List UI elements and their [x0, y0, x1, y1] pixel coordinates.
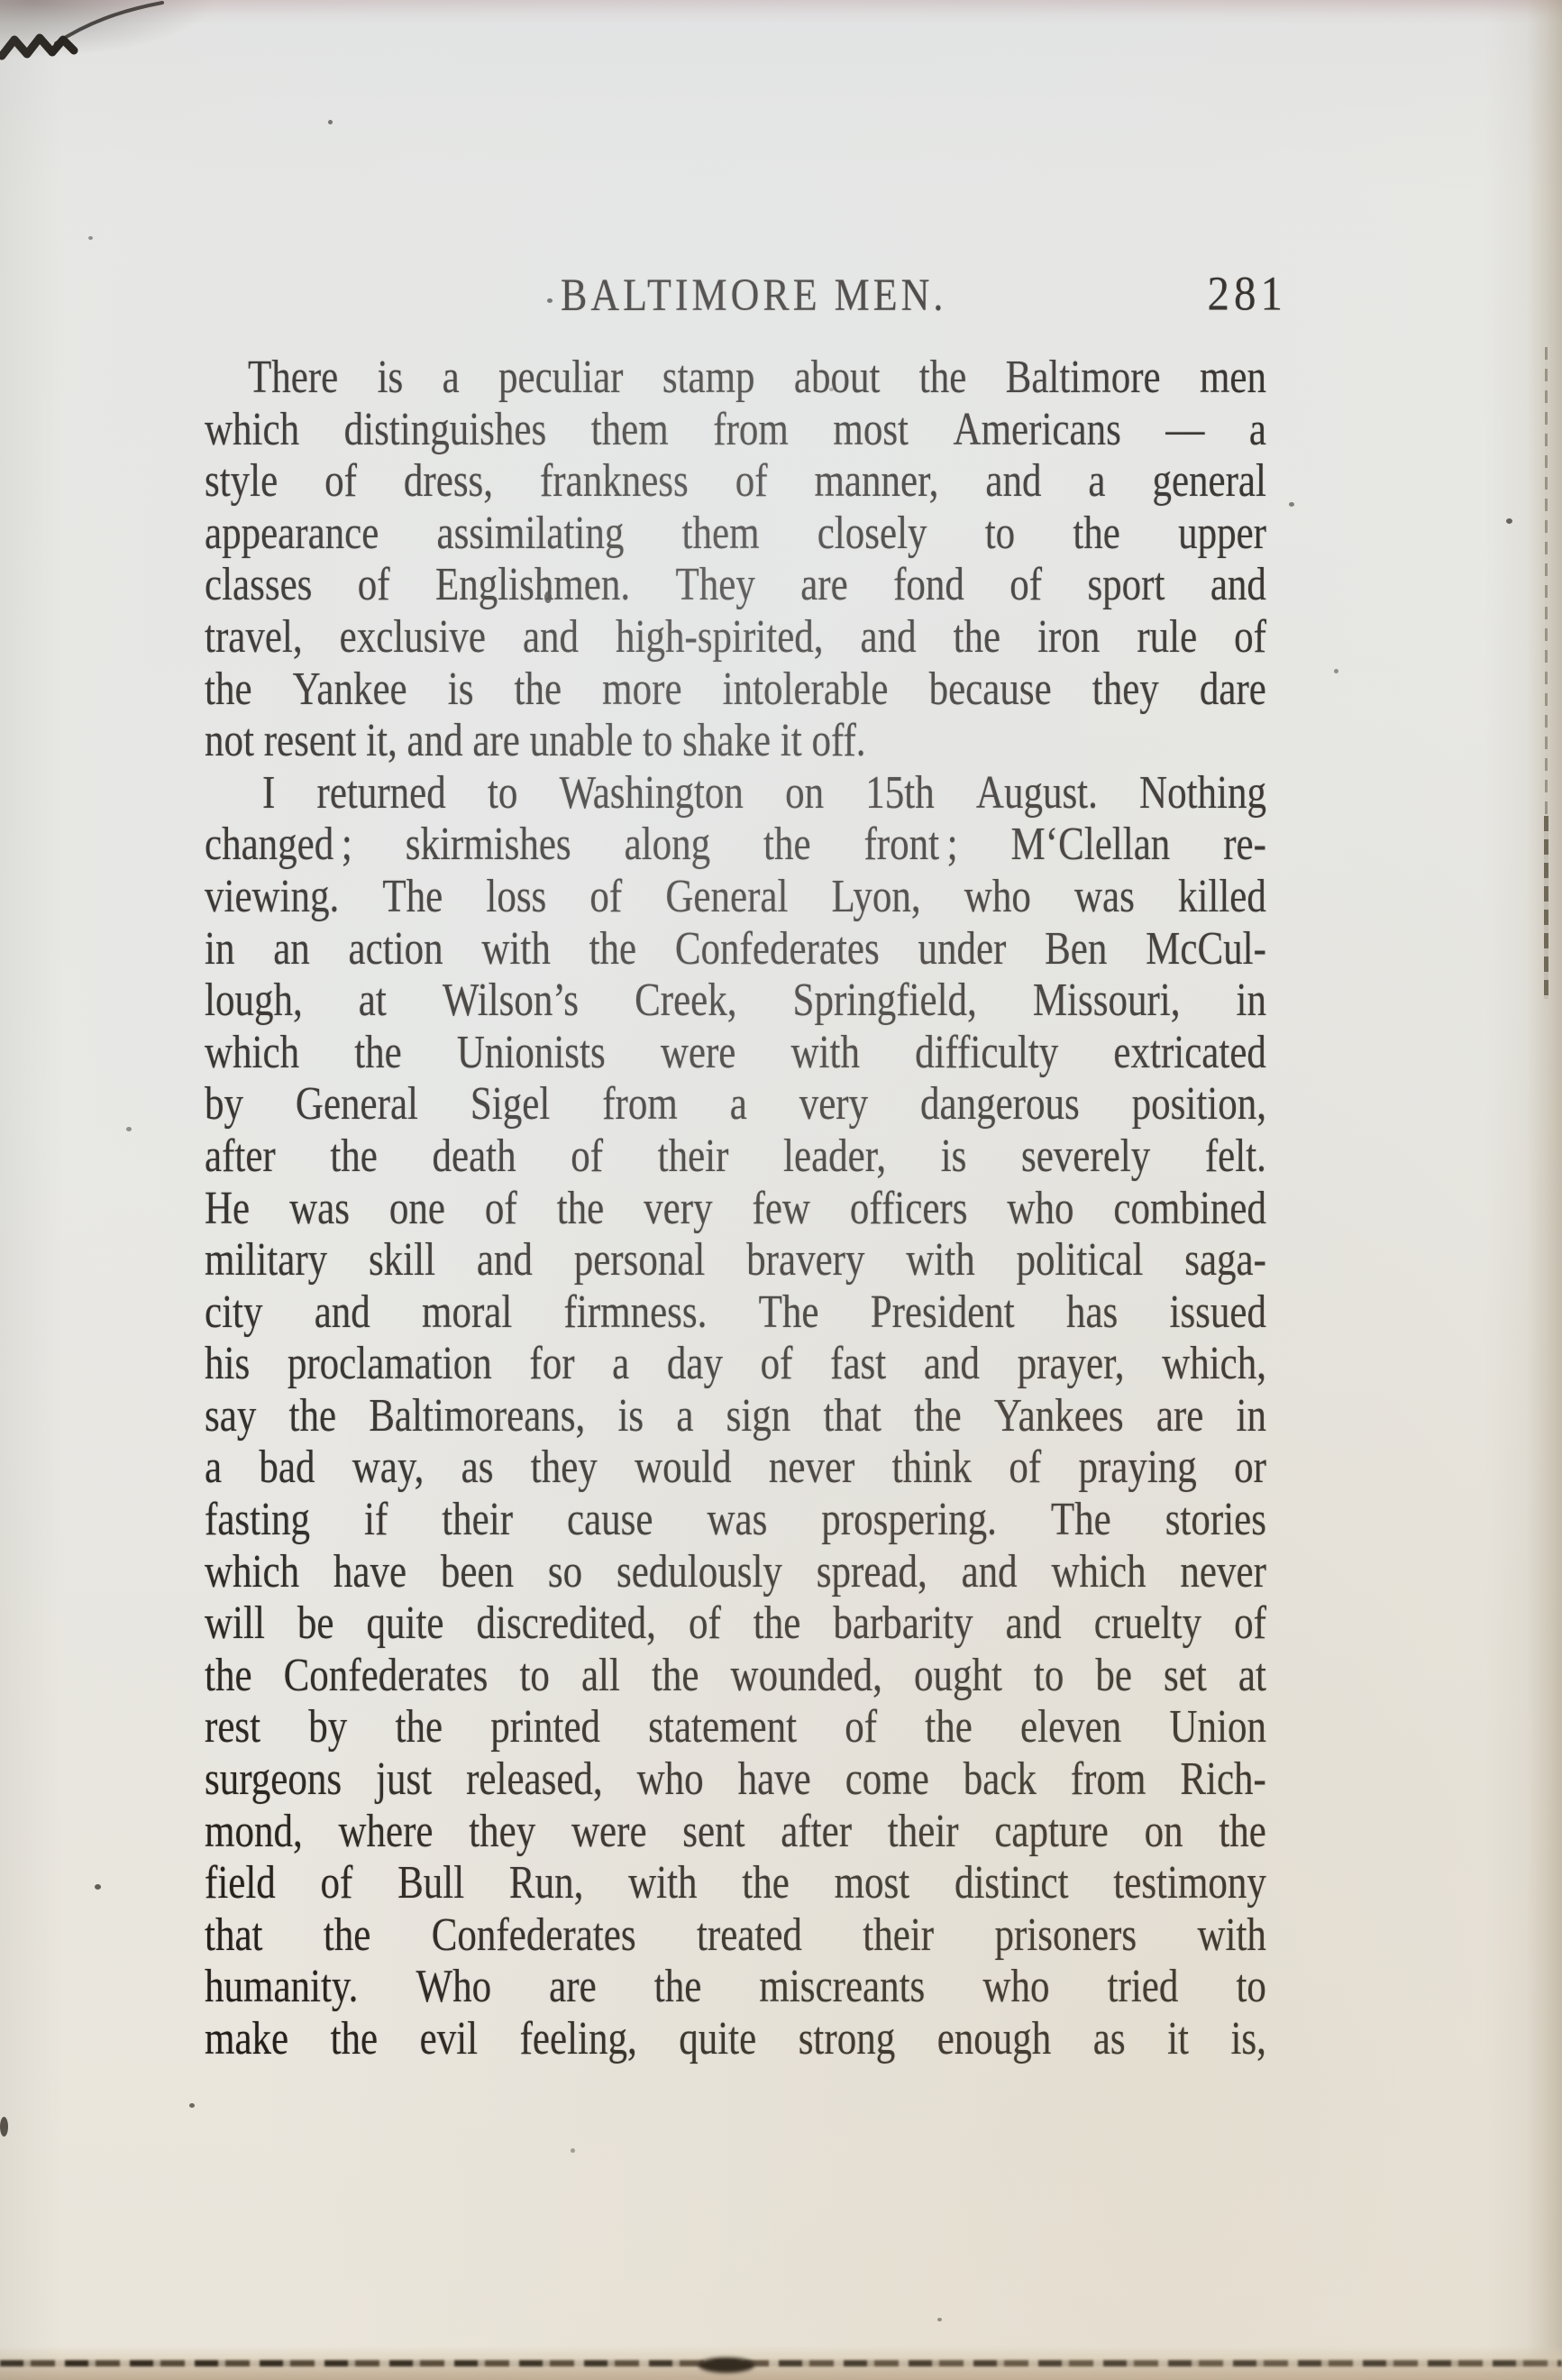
scan-speck: [126, 1127, 132, 1131]
page-bottom-deckle-edge: [0, 2346, 1562, 2380]
scan-speck: [1506, 518, 1512, 524]
scan-speck: [95, 1884, 101, 1890]
scan-speck: [544, 591, 552, 603]
body-text: ThereisapeculiarstampabouttheBaltimoreme…: [205, 352, 1266, 2066]
running-header-title: BALTIMORE MEN.: [561, 270, 946, 322]
scan-speck: [829, 388, 834, 391]
scan-speck: [1334, 669, 1338, 673]
scan-edge-dashed-line-lower: [1544, 816, 1548, 999]
scan-speck: [571, 2148, 575, 2153]
scan-top-edge: [0, 0, 1562, 23]
page-number: 281: [1192, 267, 1287, 320]
scan-speck: [0, 2117, 8, 2137]
book-page: BALTIMORE MEN. 281 Thereisapeculiarstamp…: [0, 0, 1562, 2380]
scan-edge-dashed-line-upper: [1545, 347, 1548, 816]
scan-speck: [937, 2318, 942, 2321]
ink-squiggle-mark: [0, 0, 180, 83]
scan-speck: [328, 120, 333, 124]
deckle-line: [0, 2360, 1562, 2366]
deckle-ink-blob: [699, 2357, 754, 2373]
scan-speck: [189, 2103, 195, 2108]
scan-speck: [1289, 502, 1294, 507]
scan-speck: [547, 298, 553, 303]
text-line: maketheevilfeeling,quitestrongenoughasit…: [205, 2009, 1266, 2071]
scan-speck: [88, 236, 93, 240]
